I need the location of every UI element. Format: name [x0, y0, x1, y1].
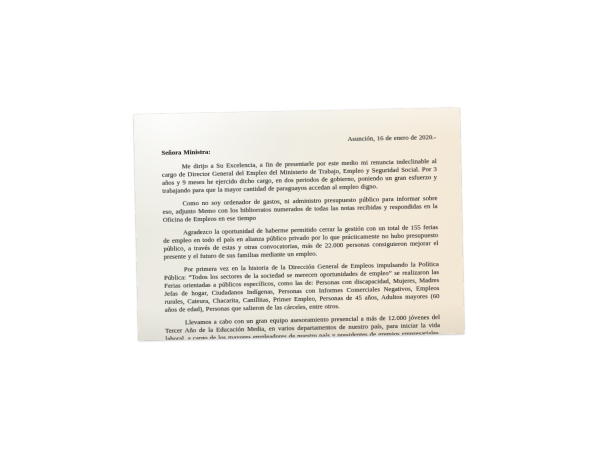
letter-content: Asunción, 16 de enero de 2020.- Señora M…: [134, 108, 465, 341]
letter-paragraph-resignation: Me dirijo a Su Excelencia, a fin de pres…: [162, 158, 438, 196]
letter-photo-scan: Asunción, 16 de enero de 2020.- Señora M…: [134, 108, 465, 341]
letter-paragraph-youth-counseling: Llevamos a cabo con un gran equipo aseso…: [165, 314, 441, 340]
page-background: Asunción, 16 de enero de 2020.- Señora M…: [0, 0, 600, 450]
letter-paragraph-job-fairs: Agradezco la oportunidad de haberme perm…: [163, 224, 439, 262]
letter-paragraph-budget-memo: Como no soy ordenador de gastos, ni admi…: [162, 195, 437, 225]
letter-paragraph-public-policy: Por primera vez en la historia de la Dir…: [164, 261, 440, 315]
